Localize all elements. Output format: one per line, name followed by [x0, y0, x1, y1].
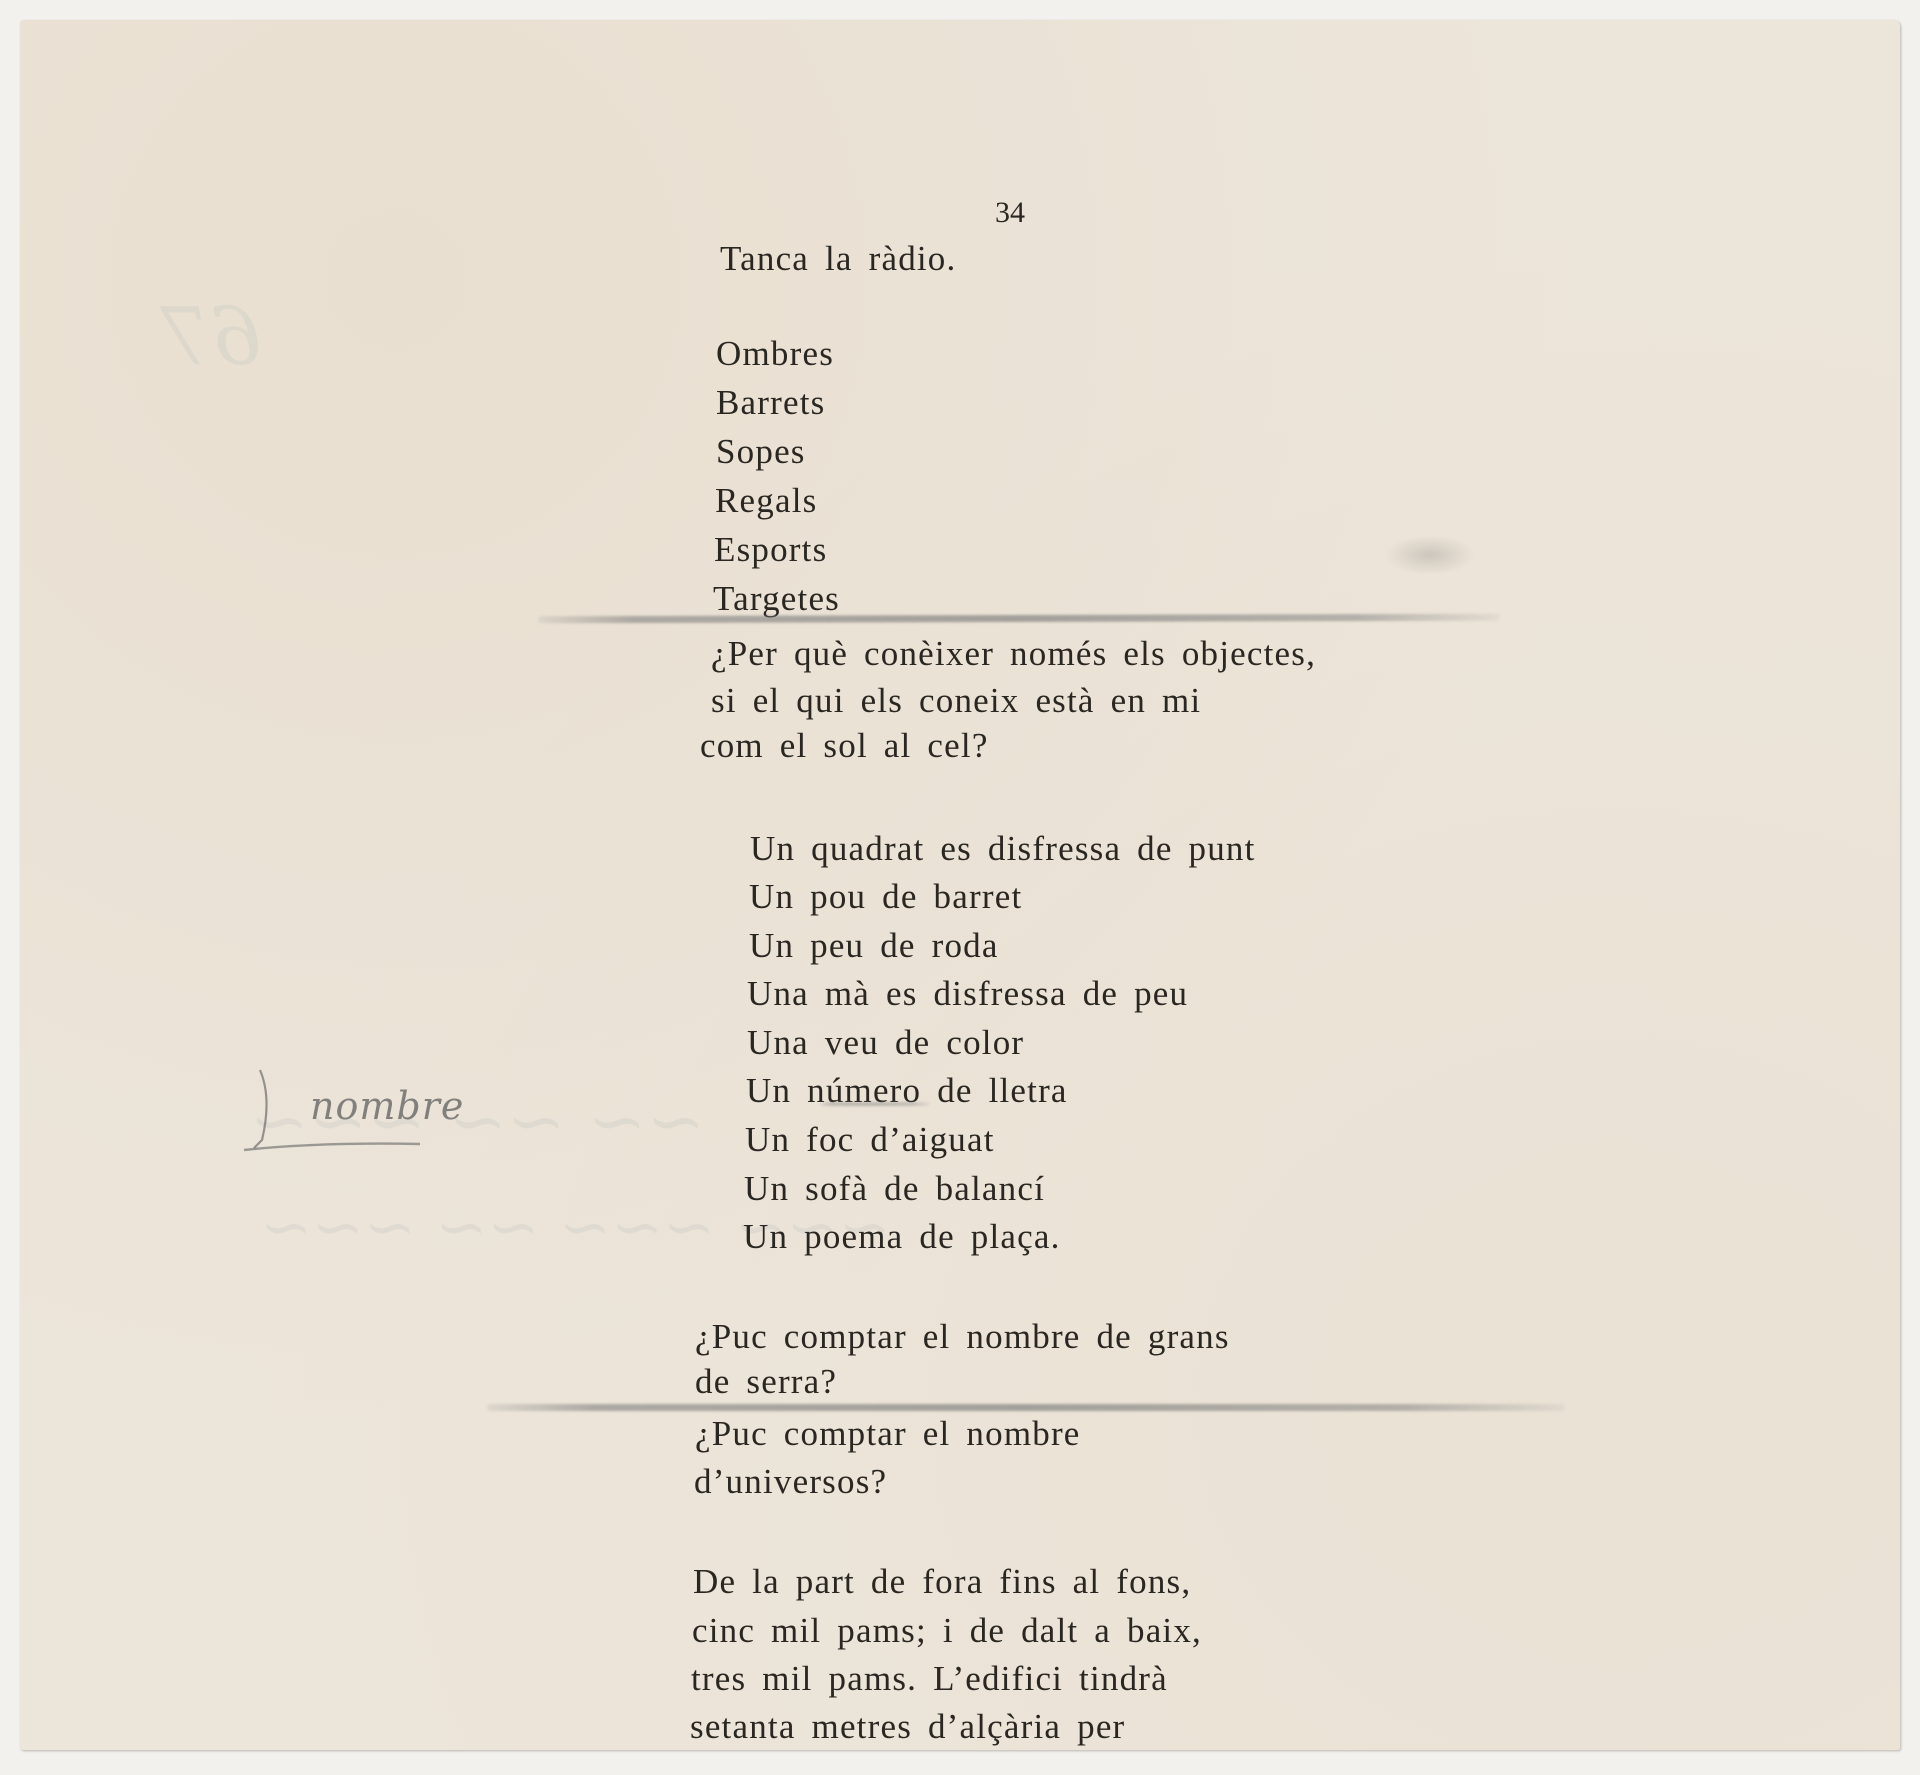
poem-line: cinc mil pams; i de dalt a baix, [692, 1613, 1202, 1648]
poem-line: Un quadrat es disfressa de punt [750, 831, 1256, 866]
poem-line: Una veu de color [747, 1025, 1024, 1060]
poem-line: Un poema de plaça. [743, 1219, 1061, 1254]
poem-line: de serra? [695, 1364, 837, 1399]
pencil-underline-numero [820, 1102, 930, 1106]
poem-line: tres mil pams. L’edifici tindrà [691, 1661, 1168, 1696]
poem-line: ¿Puc comptar el nombre [695, 1416, 1081, 1451]
poem-line: Una mà es disfressa de peu [747, 976, 1188, 1011]
poem-line: si el qui els coneix està en mi [711, 683, 1201, 718]
pencil-strike-line [487, 1404, 1565, 1411]
poem-line: setanta metres d’alçària per [690, 1709, 1125, 1744]
poem-line: Un foc d’aiguat [745, 1122, 995, 1157]
poem-line: Un pou de barret [749, 879, 1022, 914]
poem-line: Targetes [713, 581, 840, 616]
poem-line: Un sofà de balancí [744, 1171, 1045, 1206]
poem-line: ¿Per què conèixer només els objectes, [711, 636, 1316, 671]
poem-line: com el sol al cel? [700, 728, 989, 763]
margin-annotation: nombre [240, 1068, 540, 1168]
margin-note-text: nombre [310, 1084, 464, 1128]
poem-line: d’universos? [694, 1464, 887, 1499]
poem-line: Barrets [716, 385, 825, 420]
poem-line: Regals [715, 483, 817, 518]
page-number: 34 [995, 196, 1025, 230]
poem-line: Ombres [716, 336, 834, 371]
poem-line: Esports [714, 532, 827, 567]
poem-line: ¿Puc comptar el nombre de grans [695, 1319, 1230, 1354]
poem-line: De la part de fora fins al fons, [693, 1564, 1191, 1599]
poem-line: Tanca la ràdio. [720, 241, 956, 276]
poem-line: Un peu de roda [749, 928, 999, 963]
poem-line: Sopes [716, 434, 806, 469]
